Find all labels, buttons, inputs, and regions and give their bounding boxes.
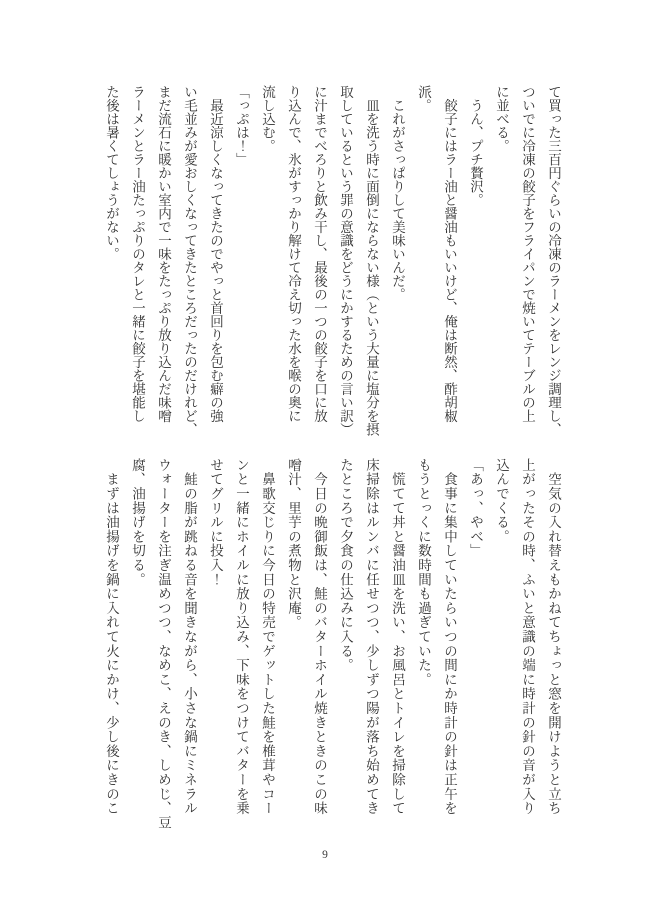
- text-line: ンと一緒にホイルに放り込み、下味をつけてバターを乗: [228, 458, 254, 830]
- text-line: 食事に集中していたらいつの間にか時計の針は正午を: [436, 458, 462, 830]
- text-line: 上がったその時、ふいと意識の端に時計の針の音が入り: [514, 458, 540, 830]
- text-line: 流し込む。: [254, 85, 280, 437]
- text-line: 「あっ、やべ」: [462, 458, 488, 830]
- text-line: ラーメンとラー油たっぷりのタレと一緒に餃子を堪能し: [124, 85, 150, 437]
- text-line: 込んでくる。: [488, 458, 514, 830]
- text-line: せてグリルに投入！: [202, 458, 228, 830]
- text-line: 「っぷは！」: [228, 85, 254, 437]
- text-line: に並べる。: [488, 85, 514, 437]
- text-line: り込んで、氷がすっかり解けて冷え切った水を喉の奥に: [280, 85, 306, 437]
- text-line: 空気の入れ替えもかねてちょっと窓を開けようと立ち: [540, 458, 566, 830]
- text-line: 今日の晩御飯は、鮭のバターホイル焼きときのこの味: [306, 458, 332, 830]
- text-line: 慌てて丼と醤油皿を洗い、お風呂とトイレを掃除して: [384, 458, 410, 830]
- bottom-text-block: 空気の入れ替えもかねてちょっと窓を開けようと立ち 上がったその時、ふいと意識の端…: [98, 458, 566, 830]
- text-line: に汁までべろりと飲み干し、最後の一つの餃子を口に放: [306, 85, 332, 437]
- text-line: 皿を洗う時に面倒にならない様（という大量に塩分を摂: [358, 85, 384, 437]
- text-line: うん、プチ贅沢。: [462, 85, 488, 437]
- text-line: 噌汁、里芋の煮物と沢庵。: [280, 458, 306, 830]
- book-page: て買った三百円ぐらいの冷凍のラーメンをレンジ調理し、 ついでに冷凍の餃子をフライ…: [0, 0, 650, 912]
- text-line: まずは油揚げを鍋に入れて火にかけ、少し後にきのこ: [98, 458, 124, 830]
- text-line: 床掃除はルンバに任せつつ、少しずつ陽が落ち始めてき: [358, 458, 384, 830]
- text-line: ついでに冷凍の餃子をフライパンで焼いてテーブルの上: [514, 85, 540, 437]
- text-line: これがさっぱりして美味いんだ。: [384, 85, 410, 437]
- text-line: 鼻歌交じりに今日の特売でゲットした鮭を椎茸やコー: [254, 458, 280, 830]
- text-line: もうとっくに数時間も過ぎていた。: [410, 458, 436, 830]
- text-line: 鮭の脂が跳ねる音を聞きながら、小さな鍋にミネラル: [176, 458, 202, 830]
- text-line: 派。: [410, 85, 436, 437]
- page-number: 9: [0, 849, 650, 861]
- text-line: 腐、油揚げを切る。: [124, 458, 150, 830]
- text-line: た後は暑くてしょうがない。: [98, 85, 124, 437]
- text-line: て買った三百円ぐらいの冷凍のラーメンをレンジ調理し、: [540, 85, 566, 437]
- text-line: 餃子にはラー油と醤油もいいけど、俺は断然、酢胡椒: [436, 85, 462, 437]
- text-line: ウォーターを注ぎ温めつつ、なめこ、えのき、しめじ、豆: [150, 458, 176, 830]
- text-line: 取しているという罪の意識をどうにかするための言い訳）: [332, 85, 358, 437]
- text-line: たところで夕食の仕込みに入る。: [332, 458, 358, 830]
- top-text-block: て買った三百円ぐらいの冷凍のラーメンをレンジ調理し、 ついでに冷凍の餃子をフライ…: [98, 85, 566, 437]
- text-line: まだ流石に暖かい室内で一味をたっぷり放り込んだ味噌: [150, 85, 176, 437]
- text-line: 最近涼しくなってきたのでやっと首回りを包む癖の強: [202, 85, 228, 437]
- text-line: い毛並みが愛おしくなってきたところだったのだけれど、: [176, 85, 202, 437]
